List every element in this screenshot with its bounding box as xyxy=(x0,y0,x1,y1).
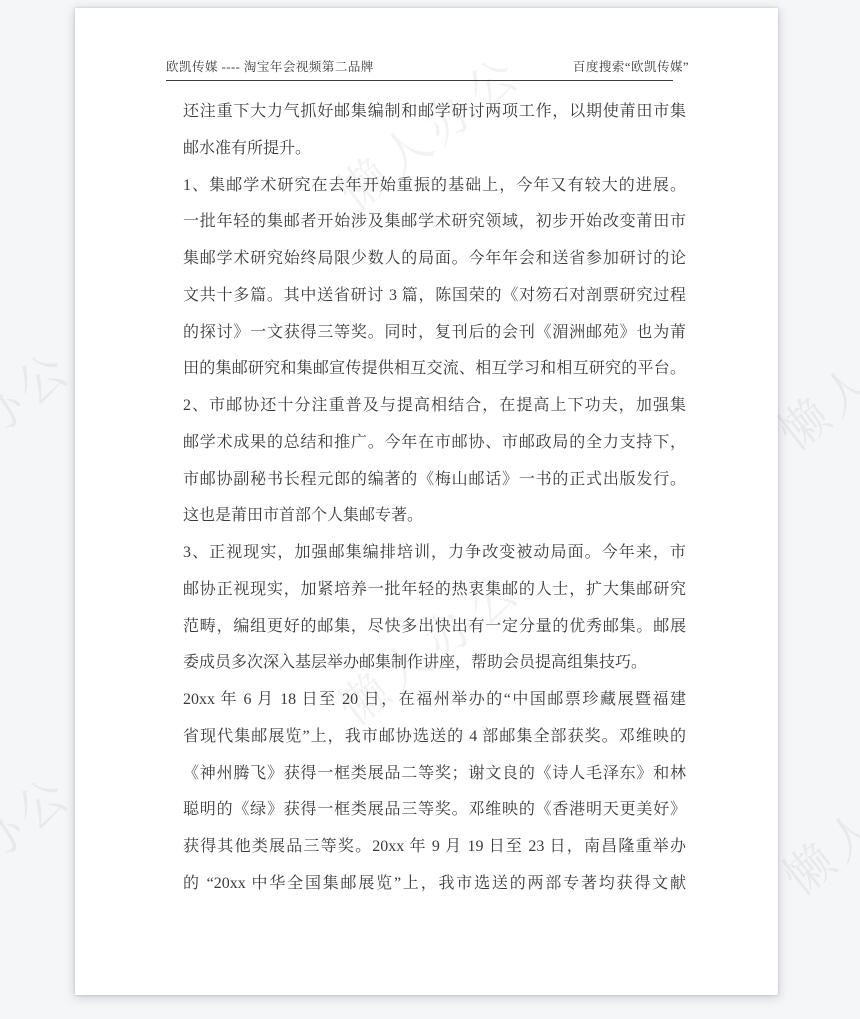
text-line: 范畴，编组更好的邮集，尽快多出快出有一定分量的优秀邮集。邮展 xyxy=(183,609,686,646)
text-line: 邮学术成果的总结和推广。今年在市邮协、市邮政局的全力支持下， xyxy=(183,425,686,462)
text-line: 一批年轻的集邮者开始涉及集邮学术研究领域，初步开始改变莆田市 xyxy=(183,204,686,241)
text-line: 聪明的《绿》获得一框类展品三等奖。邓维映的《香港明天更美好》 xyxy=(183,792,686,829)
text-line: 委成员多次深入基层举办邮集制作讲座，帮助会员提高组集技巧。 xyxy=(183,645,686,682)
text-line: 邮协正视现实，加紧培养一批年轻的热衷集邮的人士，扩大集邮研究 xyxy=(183,572,686,609)
text-line: 省现代集邮展览”上，我市邮协选送的 4 部邮集全部获奖。邓维映的 xyxy=(183,719,686,756)
text-line: 市邮协副秘书长程元郎的编著的《梅山邮话》一书的正式出版发行。 xyxy=(183,462,686,499)
text-line: 邮水准有所提升。 xyxy=(183,131,686,168)
text-line: 2、市邮协还十分注重普及与提高相结合，在提高上下功夫，加强集 xyxy=(183,388,686,425)
document-page: 欧凯传媒 ---- 淘宝年会视频第二品牌 百度搜索“欧凯传媒” 还注重下大力气抓… xyxy=(75,8,778,995)
text-line: 田的集邮研究和集邮宣传提供相互交流、相互学习和相互研究的平台。 xyxy=(183,351,686,388)
text-line: 3、正视现实，加强邮集编排培训，力争改变被动局面。今年来，市 xyxy=(183,535,686,572)
text-line: 的探讨》一文获得三等奖。同时，复刊后的会刊《湄洲邮苑》也为莆 xyxy=(183,315,686,352)
header-left-text: 欧凯传媒 ---- 淘宝年会视频第二品牌 xyxy=(166,57,374,75)
text-line: 还注重下大力气抓好邮集编制和邮学研讨两项工作，以期使莆田市集 xyxy=(183,94,686,131)
text-line: 20xx 年 6 月 18 日至 20 日，在福州举办的“中国邮票珍藏展暨福建 xyxy=(183,682,686,719)
header-right-text: 百度搜索“欧凯传媒” xyxy=(573,57,689,75)
watermark-text: 懒人办公 xyxy=(0,756,84,943)
document-canvas: { "colors": { "canvas_bg": "#f5f6f8", "p… xyxy=(0,0,860,1019)
watermark-text: 懒人办公 xyxy=(767,721,860,908)
text-line: 获得其他类展品三等奖。20xx 年 9 月 19 日至 23 日，南昌隆重举办 xyxy=(183,829,686,866)
watermark-text: 懒人办公 xyxy=(0,331,84,518)
text-line: 的 “20xx 中华全国集邮展览”上，我市选送的两部专著均获得文献 xyxy=(183,866,686,903)
document-body: 还注重下大力气抓好邮集编制和邮学研讨两项工作，以期使莆田市集邮水准有所提升。1、… xyxy=(183,94,686,903)
text-line: 这也是莆田市首部个人集邮专著。 xyxy=(183,498,686,535)
page-header: 欧凯传媒 ---- 淘宝年会视频第二品牌 百度搜索“欧凯传媒” xyxy=(166,57,673,81)
text-line: 1、集邮学术研究在去年开始重振的基础上，今年又有较大的进展。 xyxy=(183,168,686,205)
text-line: 文共十多篇。其中送省研讨 3 篇，陈国荣的《对笏石对剖票研究过程 xyxy=(183,278,686,315)
text-line: 集邮学术研究始终局限少数人的局面。今年年会和送省参加研讨的论 xyxy=(183,241,686,278)
text-line: 《神州腾飞》获得一框类展品二等奖；谢文良的《诗人毛泽东》和林 xyxy=(183,756,686,793)
